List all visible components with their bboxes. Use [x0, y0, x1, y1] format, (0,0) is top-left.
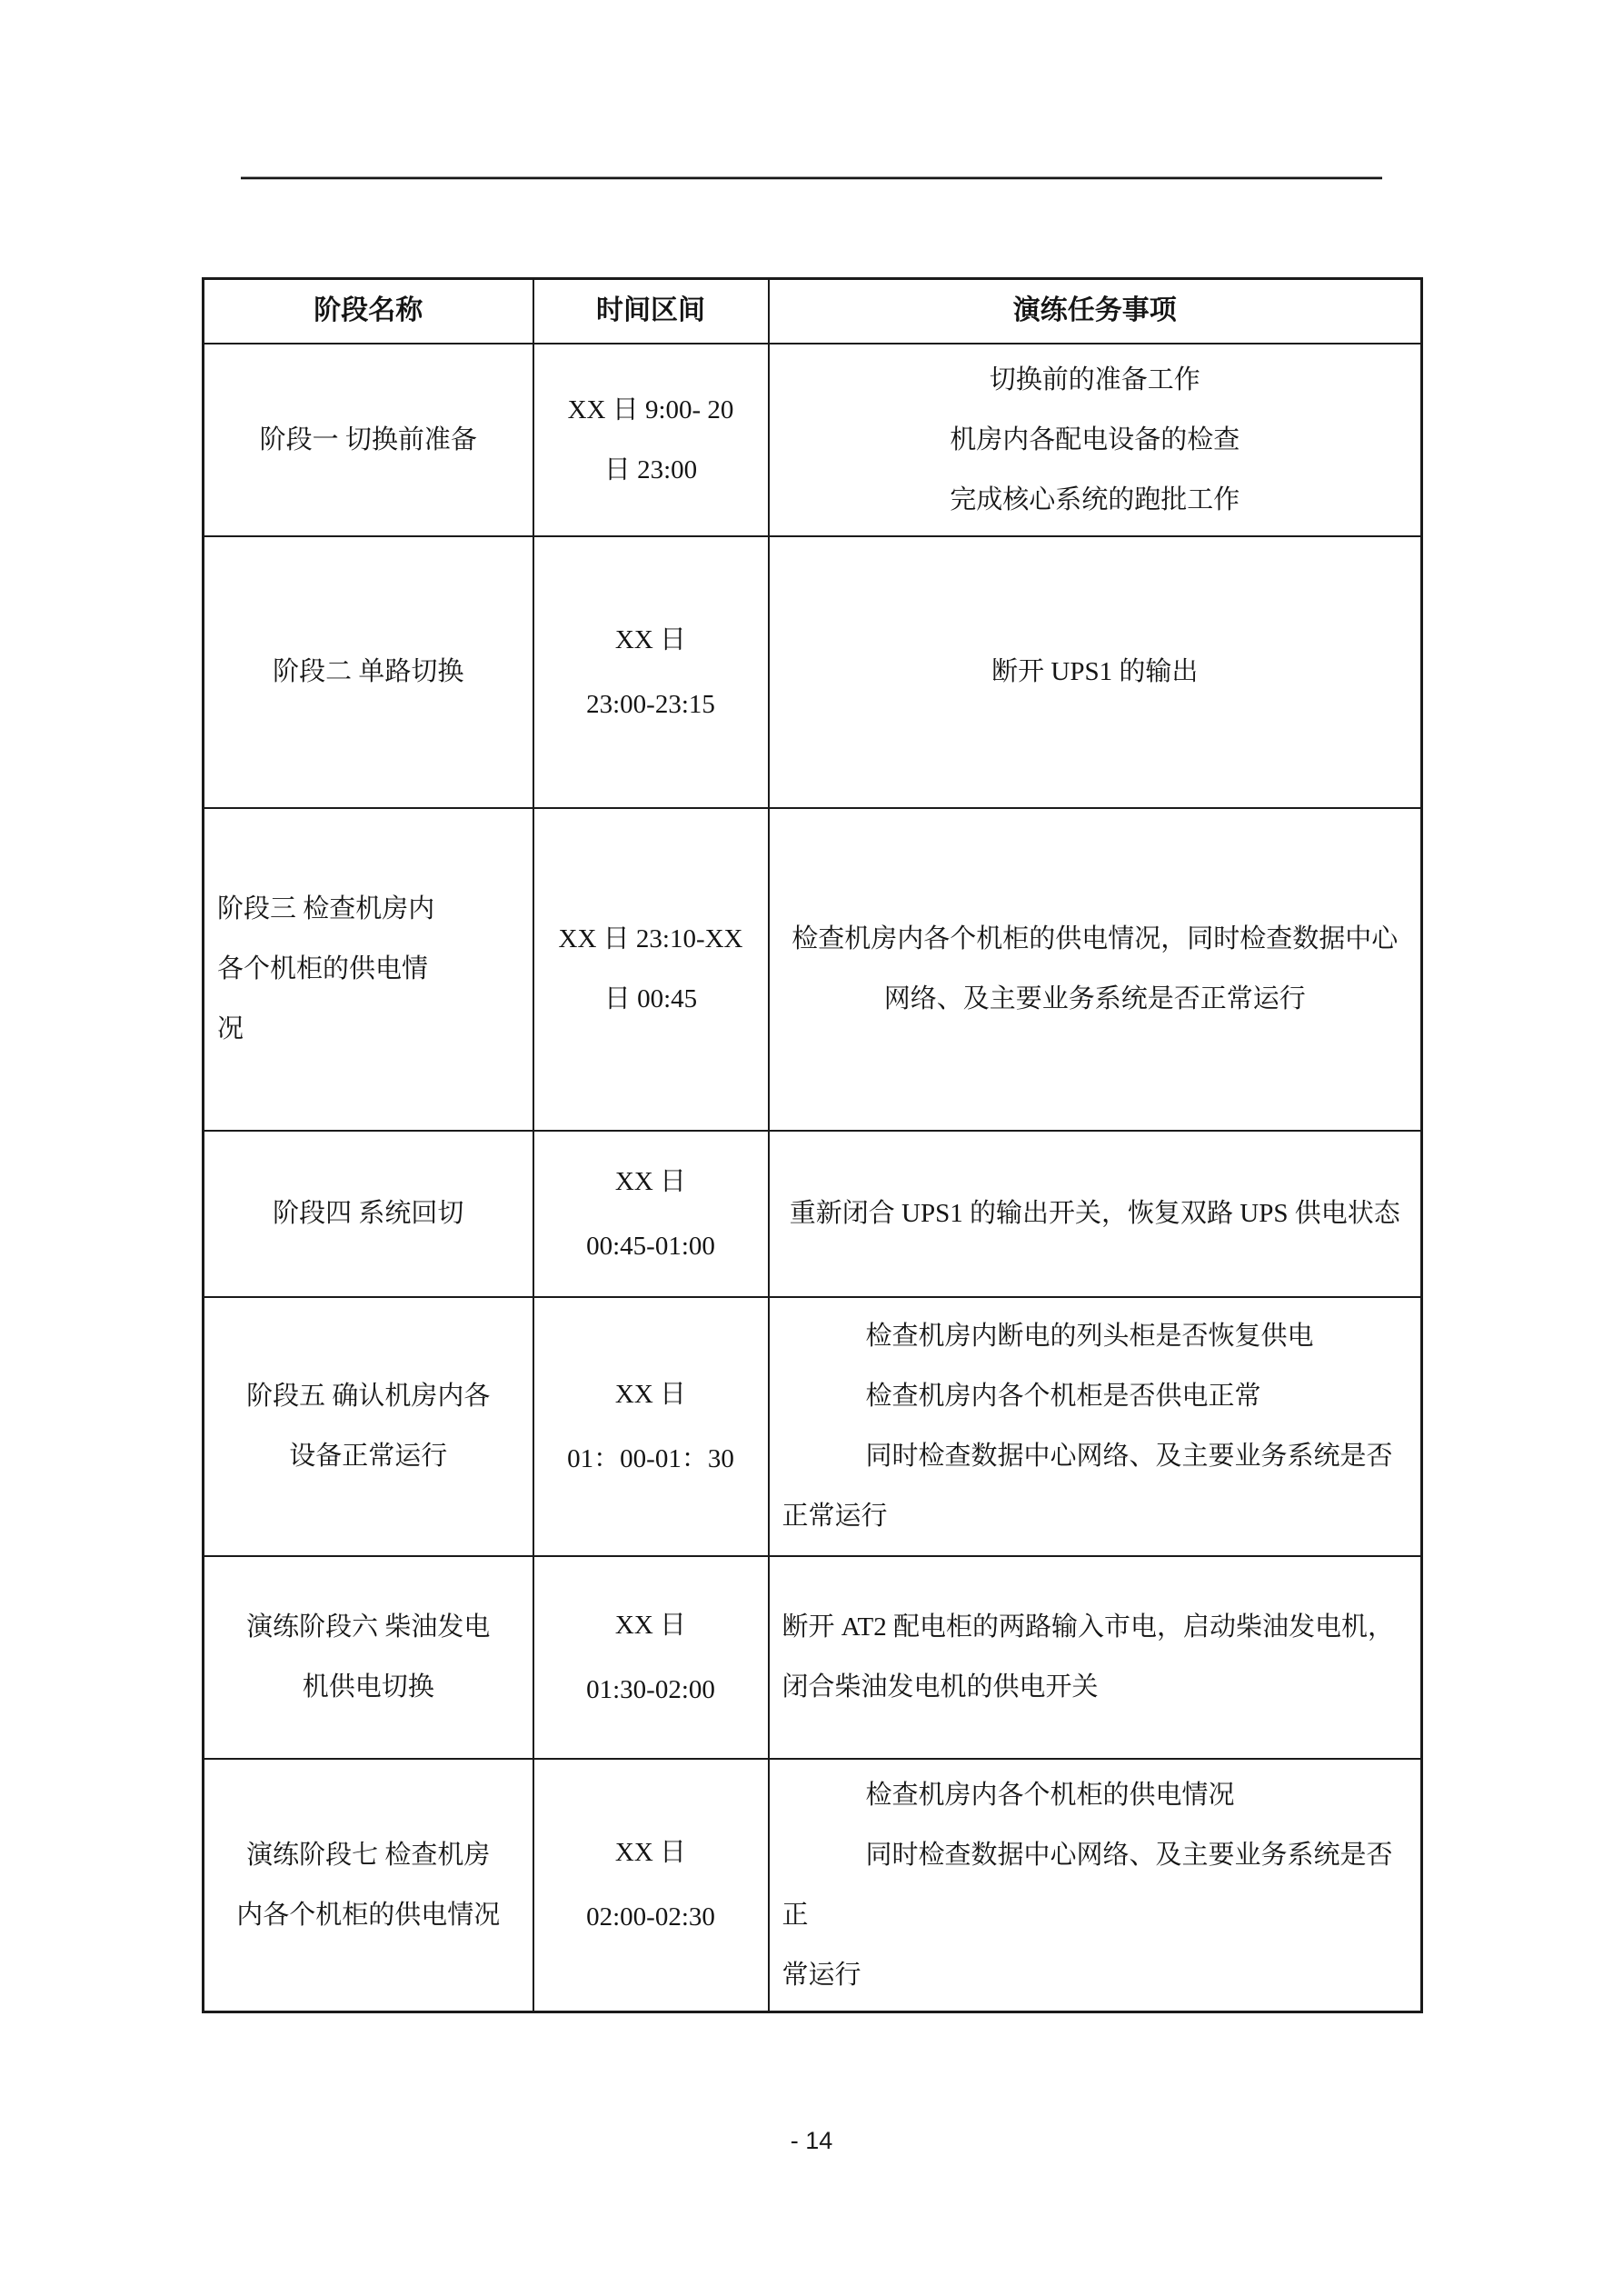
stage-name-cell: 阶段四 系统回切 [204, 1131, 533, 1297]
time-text: XX 日 [615, 1167, 686, 1196]
time-text: XX 日 [615, 625, 686, 654]
stage-name: 演练阶段六 柴油发电 [246, 1612, 490, 1642]
table-row-stage4: 阶段四 系统回切 XX 日 00:45-01:00 重新闭合 UPS1 的输出开… [204, 1131, 1422, 1297]
task-paragraph: 同时检查数据中心网络、及主要业务系统是否正 常运行 [782, 1825, 1409, 2005]
drill-schedule-table: 阶段名称 时间区间 演练任务事项 阶段一 切换前准备 XX 日 9:00- 20… [202, 277, 1423, 2013]
page-header-rule [241, 176, 1382, 180]
task-paragraph: 切换前的准备工作 [782, 350, 1409, 410]
task-paragraph: 检查机房内各个机柜是否供电正常 [782, 1366, 1409, 1426]
time-text: 日 00:45 [604, 984, 697, 1013]
task-paragraph: 断开 AT2 配电柜的两路输入市电，启动柴油发电机， 闭合柴油发电机的供电开关 [782, 1597, 1409, 1717]
task-items-cell: 检查机房内断电的列头柜是否恢复供电 检查机房内各个机柜是否供电正常 同时检查数据… [769, 1297, 1422, 1556]
time-range-cell: XX 日 00:45-01:00 [533, 1131, 769, 1297]
header-time-range: 时间区间 [533, 279, 769, 344]
task-paragraph: 完成核心系统的跑批工作 [782, 470, 1409, 530]
table-row-stage1: 阶段一 切换前准备 XX 日 9:00- 20 日 23:00 切换前的准备工作… [204, 344, 1422, 536]
time-text: 01：00-01：30 [567, 1444, 734, 1473]
stage-name: 机供电切换 [303, 1672, 434, 1702]
table-row-stage5: 阶段五 确认机房内各 设备正常运行 XX 日 01：00-01：30 检查机房内… [204, 1297, 1422, 1556]
time-range-cell: XX 日 23:00-23:15 [533, 536, 769, 808]
time-range-cell: XX 日 01:30-02:00 [533, 1556, 769, 1759]
time-text: 日 23:00 [604, 455, 697, 484]
stage-name: 阶段四 系统回切 [273, 1199, 463, 1228]
stage-name-cell: 阶段五 确认机房内各 设备正常运行 [204, 1297, 533, 1556]
task-paragraph: 机房内各配电设备的检查 [782, 410, 1409, 470]
task-items-cell: 断开 AT2 配电柜的两路输入市电，启动柴油发电机， 闭合柴油发电机的供电开关 [769, 1556, 1422, 1759]
time-text: XX 日 9:00- 20 [568, 395, 734, 424]
table-row-stage3: 阶段三 检查机房内 各个机柜的供电情 况 XX 日 23:10-XX 日 00:… [204, 808, 1422, 1131]
table-row-stage2: 阶段二 单路切换 XX 日 23:00-23:15 断开 UPS1 的输出 [204, 536, 1422, 808]
stage-name-cell: 阶段一 切换前准备 [204, 344, 533, 536]
stage-name-cell: 演练阶段七 检查机房 内各个机柜的供电情况 [204, 1759, 533, 2012]
page-number: - 14 [0, 2127, 1623, 2155]
time-text: 02:00-02:30 [586, 1902, 715, 1932]
task-items-cell: 检查机房内各个机柜的供电情况，同时检查数据中心 网络、及主要业务系统是否正常运行 [769, 808, 1422, 1131]
time-text: XX 日 23:10-XX [559, 924, 743, 953]
time-text: XX 日 [615, 1380, 686, 1409]
time-range-cell: XX 日 02:00-02:30 [533, 1759, 769, 2012]
header-stage-name: 阶段名称 [204, 279, 533, 344]
task-paragraph: 重新闭合 UPS1 的输出开关，恢复双路 UPS 供电状态 [782, 1183, 1409, 1243]
table-row-stage6: 演练阶段六 柴油发电 机供电切换 XX 日 01:30-02:00 断开 AT2… [204, 1556, 1422, 1759]
task-paragraph: 检查机房内各个机柜的供电情况 [782, 1765, 1409, 1825]
time-range-cell: XX 日 01：00-01：30 [533, 1297, 769, 1556]
task-paragraph: 断开 UPS1 的输出 [782, 642, 1409, 702]
stage-name: 阶段一 切换前准备 [260, 425, 477, 454]
stage-name: 况 [217, 1014, 244, 1043]
stage-name: 各个机柜的供电情 [217, 954, 428, 983]
table-row-stage7: 演练阶段七 检查机房 内各个机柜的供电情况 XX 日 02:00-02:30 检… [204, 1759, 1422, 2012]
stage-name: 阶段五 确认机房内各 [246, 1382, 490, 1411]
stage-name-cell: 演练阶段六 柴油发电 机供电切换 [204, 1556, 533, 1759]
stage-name: 阶段三 检查机房内 [217, 894, 434, 923]
stage-name: 设备正常运行 [289, 1442, 447, 1471]
header-task-items: 演练任务事项 [769, 279, 1422, 344]
time-text: XX 日 [615, 1838, 686, 1867]
task-paragraph: 检查机房内各个机柜的供电情况，同时检查数据中心 网络、及主要业务系统是否正常运行 [782, 909, 1409, 1029]
stage-name-cell: 阶段二 单路切换 [204, 536, 533, 808]
task-items-cell: 断开 UPS1 的输出 [769, 536, 1422, 808]
time-text: 23:00-23:15 [586, 690, 715, 719]
time-range-cell: XX 日 23:10-XX 日 00:45 [533, 808, 769, 1131]
stage-name: 阶段二 单路切换 [273, 657, 463, 686]
task-items-cell: 检查机房内各个机柜的供电情况 同时检查数据中心网络、及主要业务系统是否正 常运行 [769, 1759, 1422, 2012]
task-paragraph: 检查机房内断电的列头柜是否恢复供电 [782, 1306, 1409, 1366]
table-header-row: 阶段名称 时间区间 演练任务事项 [204, 279, 1422, 344]
time-text: XX 日 [615, 1611, 686, 1640]
time-text: 00:45-01:00 [586, 1232, 715, 1261]
stage-name: 内各个机柜的供电情况 [236, 1901, 500, 1930]
task-items-cell: 重新闭合 UPS1 的输出开关，恢复双路 UPS 供电状态 [769, 1131, 1422, 1297]
task-paragraph: 同时检查数据中心网络、及主要业务系统是否 正常运行 [782, 1426, 1409, 1546]
time-text: 01:30-02:00 [586, 1675, 715, 1704]
time-range-cell: XX 日 9:00- 20 日 23:00 [533, 344, 769, 536]
stage-name-cell: 阶段三 检查机房内 各个机柜的供电情 况 [204, 808, 533, 1131]
task-items-cell: 切换前的准备工作 机房内各配电设备的检查 完成核心系统的跑批工作 [769, 344, 1422, 536]
document-page: 阶段名称 时间区间 演练任务事项 阶段一 切换前准备 XX 日 9:00- 20… [0, 0, 1623, 2296]
stage-name: 演练阶段七 检查机房 [246, 1841, 490, 1870]
